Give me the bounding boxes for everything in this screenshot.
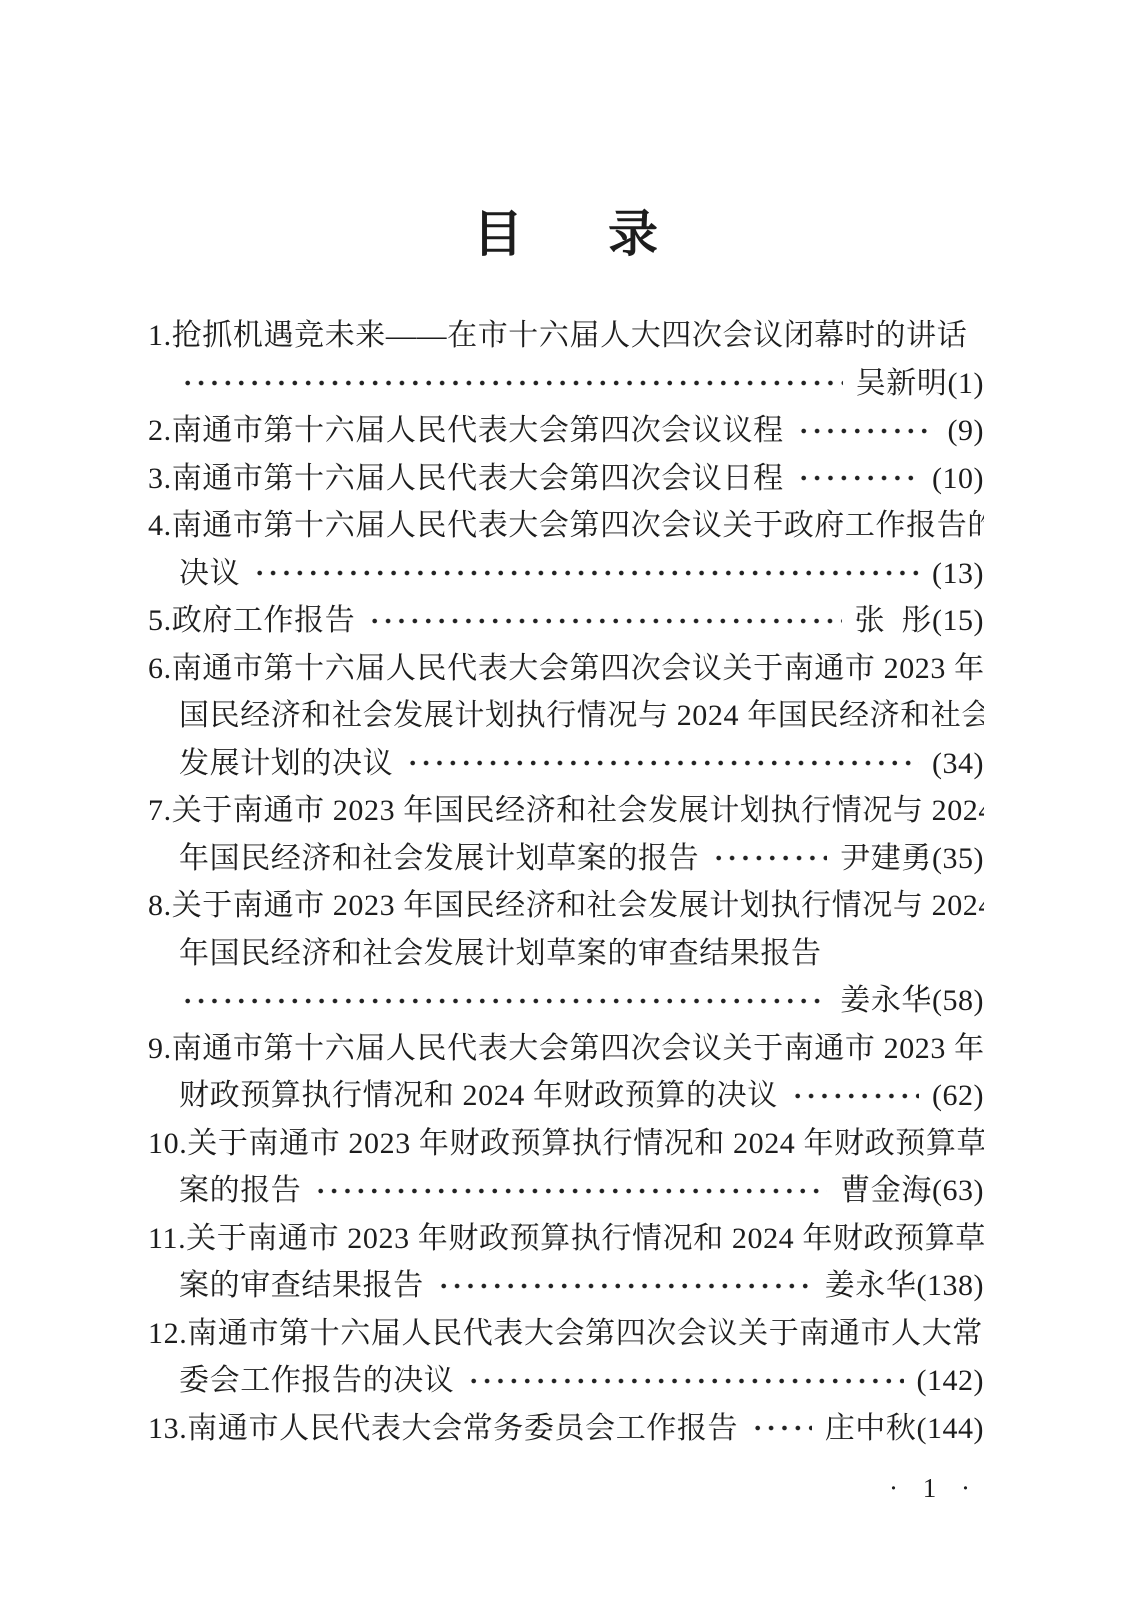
toc-entry-text: 国民经济和社会发展计划执行情况与 2024 年国民经济和社会: [179, 692, 984, 740]
toc-entry-text: 6.南通市第十六届人民代表大会第四次会议关于南通市 2023 年: [148, 645, 984, 693]
toc-item-12: 12.南通市第十六届人民代表大会第四次会议关于南通市人大常委会工作报告的决议(1…: [148, 1310, 984, 1405]
toc-line: 4.南通市第十六届人民代表大会第四次会议关于政府工作报告的: [148, 502, 984, 550]
toc-entry-text: 案的报告: [179, 1167, 301, 1215]
page-number: · 1 ·: [889, 1472, 979, 1504]
toc-item-9: 9.南通市第十六届人民代表大会第四次会议关于南通市 2023 年财政预算执行情况…: [148, 1025, 984, 1120]
toc-line: 11.关于南通市 2023 年财政预算执行情况和 2024 年财政预算草: [148, 1215, 984, 1263]
author-name: 曹金海: [840, 1167, 932, 1215]
toc-item-13: 13.南通市人民代表大会常务委员会工作报告庄中秋(144): [148, 1405, 984, 1453]
page-ref: (35): [932, 835, 984, 883]
toc-line: 6.南通市第十六届人民代表大会第四次会议关于南通市 2023 年: [148, 645, 984, 693]
toc-entry-text: 委会工作报告的决议: [179, 1357, 454, 1405]
toc-item-1: 1.抢抓机遇竞未来——在市十六届人大四次会议闭幕时的讲话吴新明(1): [148, 312, 984, 407]
dot-leader: [437, 1283, 812, 1289]
toc-entry-text: 4.南通市第十六届人民代表大会第四次会议关于政府工作报告的: [148, 502, 984, 550]
page-ref: (58): [932, 977, 984, 1025]
toc-entry-text: 7.关于南通市 2023 年国民经济和社会发展计划执行情况与 2024: [148, 787, 984, 835]
page-ref: (62): [932, 1072, 984, 1120]
author-name: 吴新明: [856, 360, 948, 408]
toc-entry-text: 年国民经济和社会发展计划草案的报告: [179, 835, 699, 883]
toc-item-2: 2.南通市第十六届人民代表大会第四次会议议程(9): [148, 407, 984, 455]
toc-entry-text: 9.南通市第十六届人民代表大会第四次会议关于南通市 2023 年: [148, 1025, 984, 1073]
toc-entry-text: 10.关于南通市 2023 年财政预算执行情况和 2024 年财政预算草: [148, 1120, 984, 1168]
toc-line: 决议(13): [148, 550, 984, 598]
dot-leader: [181, 998, 827, 1004]
page-ref: (142): [917, 1357, 984, 1405]
document-page: 目录 1.抢抓机遇竞未来——在市十六届人大四次会议闭幕时的讲话吴新明(1)2.南…: [0, 0, 1131, 1600]
page-ref: (15): [932, 597, 984, 645]
toc-entry-text: 8.关于南通市 2023 年国民经济和社会发展计划执行情况与 2024: [148, 882, 984, 930]
toc-entry-text: 13.南通市人民代表大会常务委员会工作报告: [148, 1405, 738, 1453]
page-ref: (13): [932, 550, 984, 598]
toc-entry-text: 财政预算执行情况和 2024 年财政预算的决议: [179, 1072, 778, 1120]
toc-line: 委会工作报告的决议(142): [148, 1357, 984, 1405]
toc-line: 姜永华(58): [148, 977, 984, 1025]
dot-leader: [314, 1188, 827, 1194]
toc-entry-text: 3.南通市第十六届人民代表大会第四次会议日程: [148, 455, 784, 503]
toc-line: 案的报告曹金海(63): [148, 1167, 984, 1215]
dot-leader: [467, 1378, 903, 1384]
author-name: 张 彤: [855, 597, 932, 645]
dot-leader: [797, 475, 919, 481]
toc-item-4: 4.南通市第十六届人民代表大会第四次会议关于政府工作报告的决议(13): [148, 502, 984, 597]
toc-item-8: 8.关于南通市 2023 年国民经济和社会发展计划执行情况与 2024年国民经济…: [148, 882, 984, 1025]
toc-line: 案的审查结果报告姜永华(138): [148, 1262, 984, 1310]
toc-line: 8.关于南通市 2023 年国民经济和社会发展计划执行情况与 2024: [148, 882, 984, 930]
toc-line: 2.南通市第十六届人民代表大会第四次会议议程(9): [148, 407, 984, 455]
toc-line: 国民经济和社会发展计划执行情况与 2024 年国民经济和社会: [148, 692, 984, 740]
toc-item-10: 10.关于南通市 2023 年财政预算执行情况和 2024 年财政预算草案的报告…: [148, 1120, 984, 1215]
toc-entry-text: 2.南通市第十六届人民代表大会第四次会议议程: [148, 407, 784, 455]
page-ref: (144): [917, 1405, 984, 1453]
toc-item-3: 3.南通市第十六届人民代表大会第四次会议日程(10): [148, 455, 984, 503]
toc-entry-text: 案的审查结果报告: [179, 1262, 424, 1310]
toc-title: 目录: [0, 203, 1131, 265]
toc-line: 财政预算执行情况和 2024 年财政预算的决议(62): [148, 1072, 984, 1120]
toc-line: 吴新明(1): [148, 360, 984, 408]
dot-leader: [368, 618, 841, 624]
toc-line: 7.关于南通市 2023 年国民经济和社会发展计划执行情况与 2024: [148, 787, 984, 835]
toc-item-11: 11.关于南通市 2023 年财政预算执行情况和 2024 年财政预算草案的审查…: [148, 1215, 984, 1310]
toc-line: 3.南通市第十六届人民代表大会第四次会议日程(10): [148, 455, 984, 503]
dot-leader: [712, 855, 827, 861]
dot-leader: [406, 760, 919, 766]
author-name: 尹建勇: [840, 835, 932, 883]
toc-entry-text: 11.关于南通市 2023 年财政预算执行情况和 2024 年财政预算草: [148, 1215, 984, 1263]
toc-item-7: 7.关于南通市 2023 年国民经济和社会发展计划执行情况与 2024年国民经济…: [148, 787, 984, 882]
page-ref: (34): [932, 740, 984, 788]
toc-line: 年国民经济和社会发展计划草案的报告尹建勇(35): [148, 835, 984, 883]
toc-item-6: 6.南通市第十六届人民代表大会第四次会议关于南通市 2023 年国民经济和社会发…: [148, 645, 984, 788]
toc-entry-text: 年国民经济和社会发展计划草案的审查结果报告: [179, 930, 822, 978]
page-ref: (1): [948, 360, 984, 408]
page-ref: (9): [948, 407, 984, 455]
dot-leader: [751, 1425, 812, 1431]
dot-leader: [181, 380, 843, 386]
toc-line: 12.南通市第十六届人民代表大会第四次会议关于南通市人大常: [148, 1310, 984, 1358]
author-name: 姜永华: [825, 1262, 917, 1310]
toc-entry-text: 1.抢抓机遇竞未来——在市十六届人大四次会议闭幕时的讲话: [148, 312, 967, 360]
toc-line: 9.南通市第十六届人民代表大会第四次会议关于南通市 2023 年: [148, 1025, 984, 1073]
toc-line: 1.抢抓机遇竞未来——在市十六届人大四次会议闭幕时的讲话: [148, 312, 984, 360]
dot-leader: [791, 1093, 919, 1099]
toc-entry-text: 发展计划的决议: [179, 740, 393, 788]
toc-entry-text: 决议: [179, 550, 240, 598]
page-ref: (138): [917, 1262, 984, 1310]
dot-leader: [797, 428, 935, 434]
toc-item-5: 5.政府工作报告张 彤(15): [148, 597, 984, 645]
toc-entry-text: 5.政府工作报告: [148, 597, 355, 645]
author-name: 姜永华: [840, 977, 932, 1025]
toc-line: 年国民经济和社会发展计划草案的审查结果报告: [148, 930, 984, 978]
page-ref: (10): [932, 455, 984, 503]
author-name: 庄中秋: [825, 1405, 917, 1453]
toc-line: 发展计划的决议(34): [148, 740, 984, 788]
toc-entry-text: 12.南通市第十六届人民代表大会第四次会议关于南通市人大常: [148, 1310, 983, 1358]
page-ref: (63): [932, 1167, 984, 1215]
dot-leader: [253, 570, 919, 576]
toc-line: 5.政府工作报告张 彤(15): [148, 597, 984, 645]
toc-line: 10.关于南通市 2023 年财政预算执行情况和 2024 年财政预算草: [148, 1120, 984, 1168]
toc-line: 13.南通市人民代表大会常务委员会工作报告庄中秋(144): [148, 1405, 984, 1453]
toc-list: 1.抢抓机遇竞未来——在市十六届人大四次会议闭幕时的讲话吴新明(1)2.南通市第…: [148, 312, 984, 1452]
